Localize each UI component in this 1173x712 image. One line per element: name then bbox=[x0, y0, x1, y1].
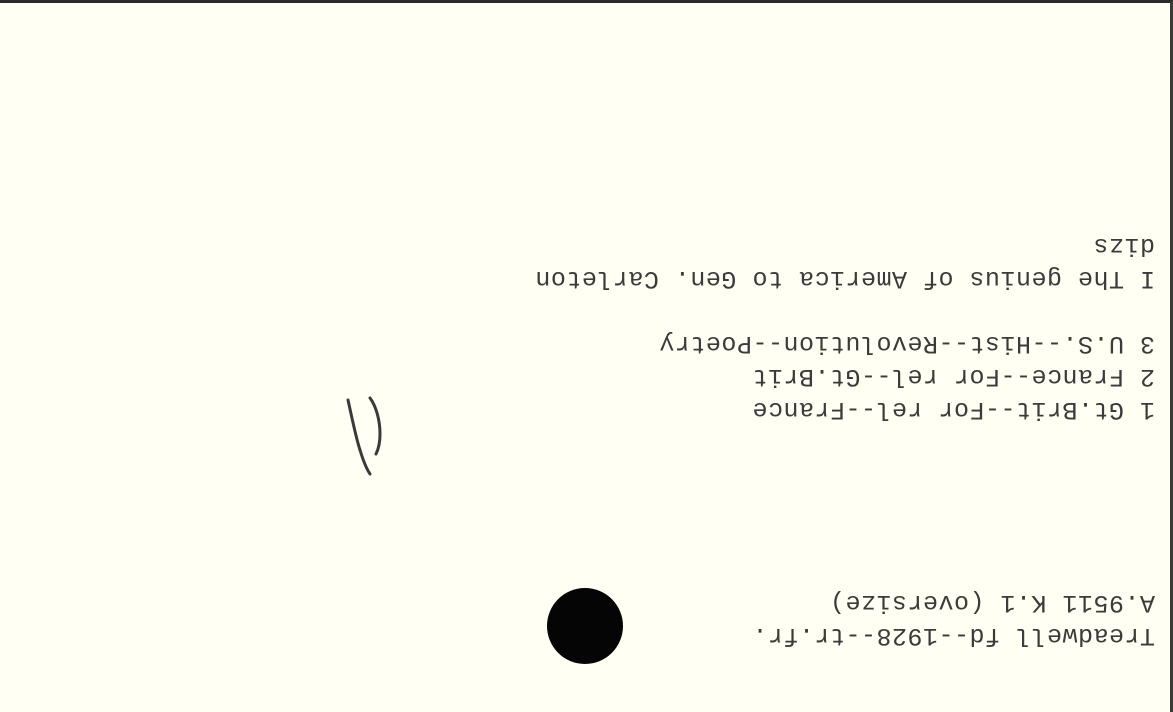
punch-hole-icon bbox=[547, 588, 623, 664]
tracing-line-3: 3 U.S.--Hist--Revolution--Poetry bbox=[659, 331, 1155, 356]
call-number-line-2: A.9511 K.1 (oversize) bbox=[829, 590, 1155, 615]
tracing-line-1: 1 Gt.Brit--For rel--France bbox=[752, 397, 1155, 422]
tracing-line-2: 2 France--For rel--Gt.Brit bbox=[752, 364, 1155, 389]
tracing-note-line: dizs bbox=[1093, 233, 1155, 258]
call-number-line-1: Treadwell fd--1928--tr.fr. bbox=[752, 623, 1155, 648]
tracing-title-line: I The genius of America to Gen. Carleton bbox=[535, 266, 1155, 291]
catalog-card: Treadwell fd--1928--tr.fr. A.9511 K.1 (o… bbox=[0, 0, 1173, 712]
handwritten-mark-icon bbox=[330, 388, 410, 478]
